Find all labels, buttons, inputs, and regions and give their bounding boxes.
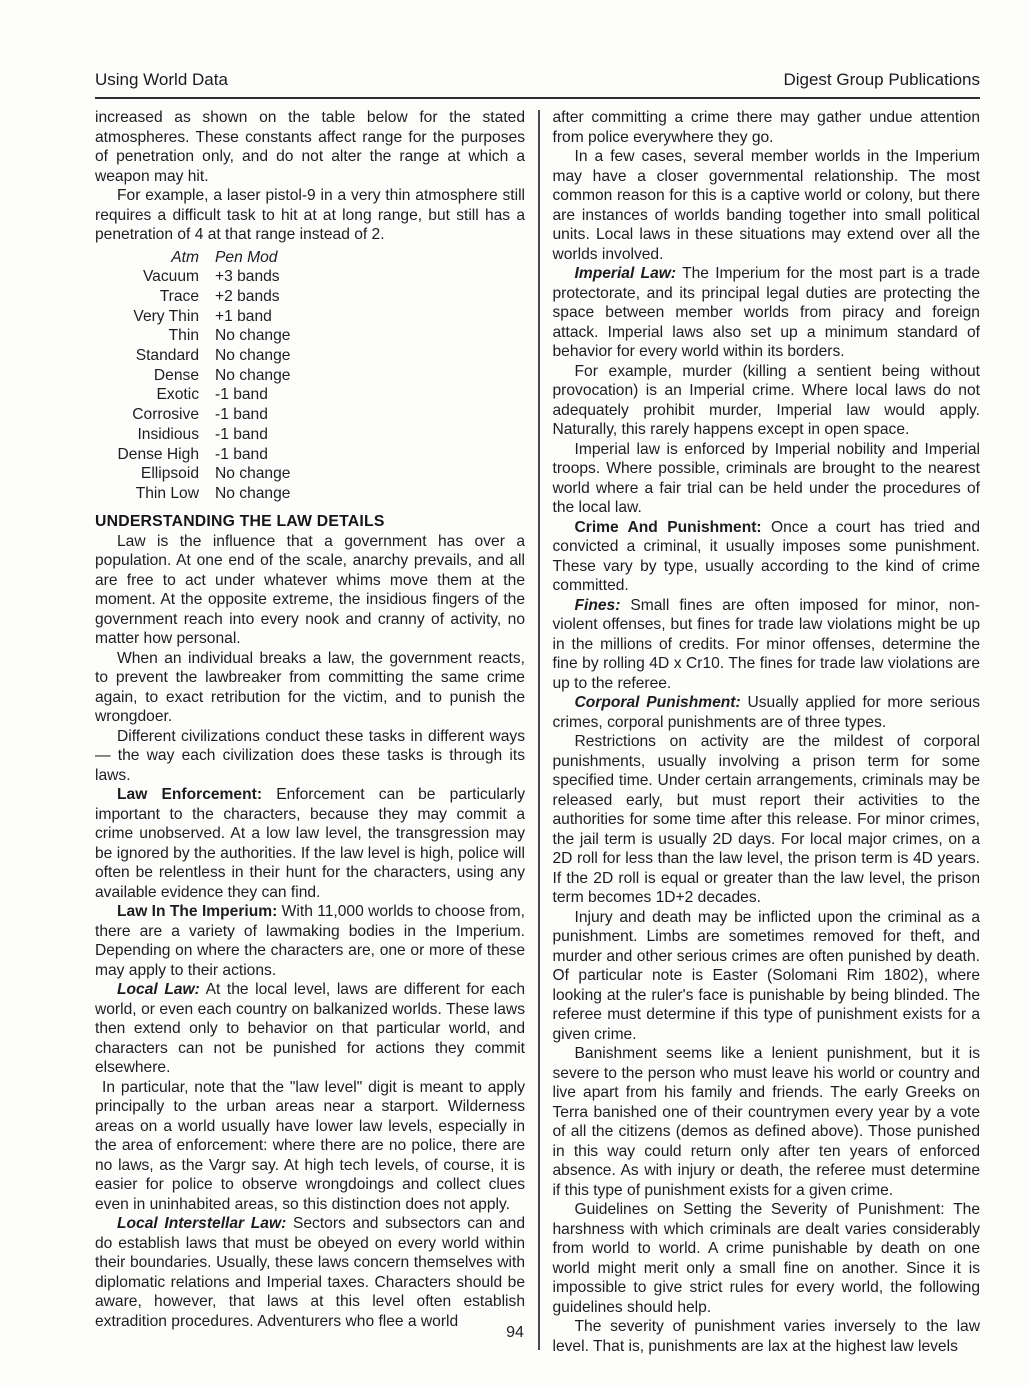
table-cell-atm: Exotic — [107, 385, 199, 405]
atmosphere-pen-mod-table: Atm Pen Mod Vacuum +3 bands Trace +2 ban… — [107, 248, 525, 504]
table-cell-pen-mod: -1 band — [215, 385, 268, 405]
table-cell-pen-mod: No change — [215, 484, 290, 504]
left-column: increased as shown on the table below fo… — [95, 108, 525, 1356]
table-row: Standard No change — [107, 346, 525, 366]
lead-crime-and-punishment: Crime And Punishment: — [575, 519, 762, 536]
para-law-influence: Law is the influence that a government h… — [95, 532, 525, 649]
lead-law-enforcement: Law Enforcement: — [117, 786, 262, 803]
table-row: Thin Low No change — [107, 484, 525, 504]
para-fines: Fines: Small fines are often imposed for… — [553, 596, 981, 694]
para-member-worlds: In a few cases, several member worlds in… — [553, 147, 981, 264]
table-cell-atm: Dense — [107, 366, 199, 386]
table-row: Vacuum +3 bands — [107, 267, 525, 287]
table-header-row: Atm Pen Mod — [107, 248, 525, 268]
table-cell-atm: Thin Low — [107, 484, 199, 504]
lead-fines: Fines: — [575, 597, 621, 614]
table-cell-pen-mod: No change — [215, 346, 290, 366]
table-cell-pen-mod: -1 band — [215, 445, 268, 465]
lead-law-in-imperium: Law In The Imperium: — [117, 903, 277, 920]
para-body-text: Enforcement can be particularly importan… — [95, 786, 525, 901]
table-row: Ellipsoid No change — [107, 464, 525, 484]
para-law-in-imperium: Law In The Imperium: With 11,000 worlds … — [95, 902, 525, 980]
para-government-reaction: When an individual breaks a law, the gov… — [95, 649, 525, 727]
table-cell-atm: Insidious — [107, 425, 199, 445]
table-row: Dense No change — [107, 366, 525, 386]
para-injury-death: Injury and death may be inflicted upon t… — [553, 908, 981, 1045]
table-cell-atm: Vacuum — [107, 267, 199, 287]
table-cell-atm: Dense High — [107, 445, 199, 465]
lead-corporal-punishment: Corporal Punishment: — [575, 694, 741, 711]
lead-local-interstellar-law: Local Interstellar Law: — [117, 1215, 286, 1232]
table-cell-atm: Trace — [107, 287, 199, 307]
table-row: Very Thin +1 band — [107, 307, 525, 327]
right-column: after committing a crime there may gathe… — [553, 108, 981, 1356]
table-cell-pen-mod: +1 band — [215, 307, 272, 327]
table-row: Thin No change — [107, 326, 525, 346]
header-rule — [95, 97, 980, 99]
page-header: Using World Data Digest Group Publicatio… — [95, 70, 980, 90]
section-heading-law-details: UNDERSTANDING THE LAW DETAILS — [95, 513, 525, 531]
table-row: Insidious -1 band — [107, 425, 525, 445]
table-cell-pen-mod: No change — [215, 464, 290, 484]
column-divider-rule — [538, 110, 540, 1350]
para-local-interstellar-law: Local Interstellar Law: Sectors and subs… — [95, 1214, 525, 1331]
table-cell-pen-mod: -1 band — [215, 405, 268, 425]
para-restrictions-activity: Restrictions on activity are the mildest… — [553, 732, 981, 908]
table-cell-atm: Ellipsoid — [107, 464, 199, 484]
table-row: Dense High -1 band — [107, 445, 525, 465]
table-header-atm: Atm — [107, 248, 199, 268]
lead-imperial-law: Imperial Law: — [575, 265, 677, 282]
para-imperial-law: Imperial Law: The Imperium for the most … — [553, 264, 981, 362]
para-guidelines-severity: Guidelines on Setting the Severity of Pu… — [553, 1200, 981, 1317]
para-banishment: Banishment seems like a lenient punishme… — [553, 1044, 981, 1200]
document-page: Using World Data Digest Group Publicatio… — [0, 0, 1030, 1386]
para-murder-example: For example, murder (killing a sentient … — [553, 362, 981, 440]
para-body-text: Sectors and subsectors can and do establ… — [95, 1215, 525, 1330]
lead-local-law: Local Law: — [117, 981, 200, 998]
para-atmos-constants: increased as shown on the table below fo… — [95, 108, 525, 186]
para-laser-example: For example, a laser pistol-9 in a very … — [95, 186, 525, 245]
para-imperial-enforcement: Imperial law is enforced by Imperial nob… — [553, 440, 981, 518]
para-local-law: Local Law: At the local level, laws are … — [95, 980, 525, 1078]
para-civilizations-tasks: Different civilizations conduct these ta… — [95, 727, 525, 786]
para-law-enforcement: Law Enforcement: Enforcement can be part… — [95, 785, 525, 902]
para-corporal-punishment: Corporal Punishment: Usually applied for… — [553, 693, 981, 732]
table-cell-pen-mod: No change — [215, 366, 290, 386]
header-left-title: Using World Data — [95, 70, 228, 90]
table-cell-atm: Thin — [107, 326, 199, 346]
para-crime-attention: after committing a crime there may gathe… — [553, 108, 981, 147]
para-crime-and-punishment: Crime And Punishment: Once a court has t… — [553, 518, 981, 596]
table-cell-atm: Standard — [107, 346, 199, 366]
table-cell-pen-mod: No change — [215, 326, 290, 346]
table-header-pen-mod: Pen Mod — [215, 248, 277, 268]
table-row: Corrosive -1 band — [107, 405, 525, 425]
two-column-body: increased as shown on the table below fo… — [95, 108, 980, 1356]
table-cell-pen-mod: +2 bands — [215, 287, 280, 307]
page-footer: 94 — [0, 1324, 1030, 1342]
para-law-level-note: In particular, note that the "law level"… — [95, 1078, 525, 1215]
table-cell-pen-mod: +3 bands — [215, 267, 280, 287]
table-row: Exotic -1 band — [107, 385, 525, 405]
header-right-publisher: Digest Group Publications — [783, 70, 980, 90]
page-number: 94 — [506, 1324, 524, 1341]
table-cell-atm: Corrosive — [107, 405, 199, 425]
table-cell-atm: Very Thin — [107, 307, 199, 327]
table-cell-pen-mod: -1 band — [215, 425, 268, 445]
table-row: Trace +2 bands — [107, 287, 525, 307]
